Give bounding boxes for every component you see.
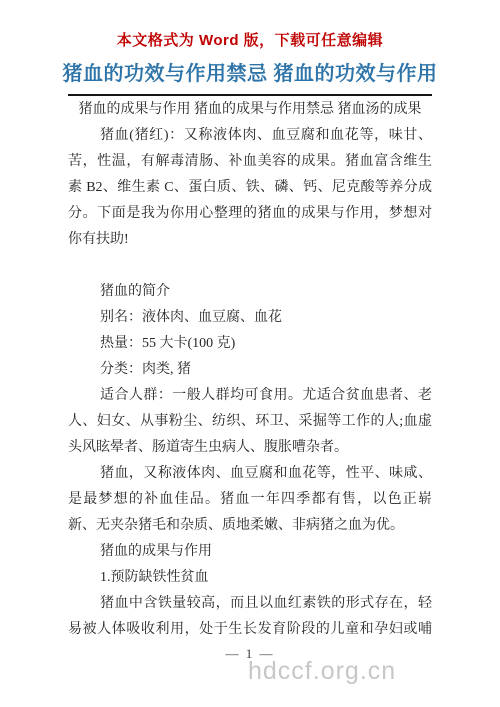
text-line: 热量：55 大卡(100 克) (68, 331, 432, 357)
text-line: 猪血，又称液体肉、血豆腐和血花等，性平、味咸、 (68, 461, 432, 487)
section-heading: 猪血的简介 (68, 279, 432, 305)
keywords-line: 猪血的成果与作用 猪血的成果与作用禁忌 猪血汤的成果 (68, 97, 432, 123)
text-line: 头风眩晕者、肠道寄生虫病人、腹胀嘈杂者。 (68, 435, 432, 461)
text-line: 适合人群：一般人群均可食用。尤适合贫血患者、老 (68, 383, 432, 409)
text-line: 人、妇女、从事粉尘、纺织、环卫、采掘等工作的人;血虚 (68, 409, 432, 435)
document-page: 本文格式为 Word 版，下载可任意编辑 猪血的功效与作用禁忌 猪血的功效与作用… (0, 0, 500, 707)
section-heading: 1.预防缺铁性贫血 (68, 565, 432, 591)
section-heading: 猪血的成果与作用 (68, 539, 432, 565)
blank-line (68, 253, 432, 279)
text-line: 新、无夹杂猪毛和杂质、质地柔嫩、非病猪之血为优。 (68, 513, 432, 539)
text-line: 易被人体吸收利用，处于生长发育阶段的儿童和孕妇或哺 (68, 617, 432, 643)
text-line: 猪血中含铁量较高，而且以血红素铁的形式存在，轻 (68, 591, 432, 617)
document-body: 猪血的成果与作用 猪血的成果与作用禁忌 猪血汤的成果 猪血(猪红)：又称液体肉、… (68, 97, 432, 643)
document-title: 猪血的功效与作用禁忌 猪血的功效与作用 (0, 59, 500, 89)
text-line: 你有扶助! (68, 227, 432, 253)
text-line: 素 B2、维生素 C、蛋白质、铁、磷、钙、尼克酸等养分成 (68, 175, 432, 201)
format-notice: 本文格式为 Word 版，下载可任意编辑 (0, 30, 500, 52)
text-line: 猪血(猪红)：又称液体肉、血豆腐和血花等，味甘、 (68, 123, 432, 149)
text-line: 是最梦想的补血佳品。猪血一年四季都有售，以色正崭 (68, 487, 432, 513)
site-watermark: hdccf.org.cn (248, 656, 396, 686)
text-line: 苦，性温，有解毒清肠、补血美容的成果。猪血富含维生 (68, 149, 432, 175)
text-line: 分。下面是我为你用心整理的猪血的成果与作用，梦想对 (68, 201, 432, 227)
title-divider (68, 94, 432, 96)
text-line: 别名：液体肉、血豆腐、血花 (68, 305, 432, 331)
text-line: 分类：肉类, 猪 (68, 357, 432, 383)
